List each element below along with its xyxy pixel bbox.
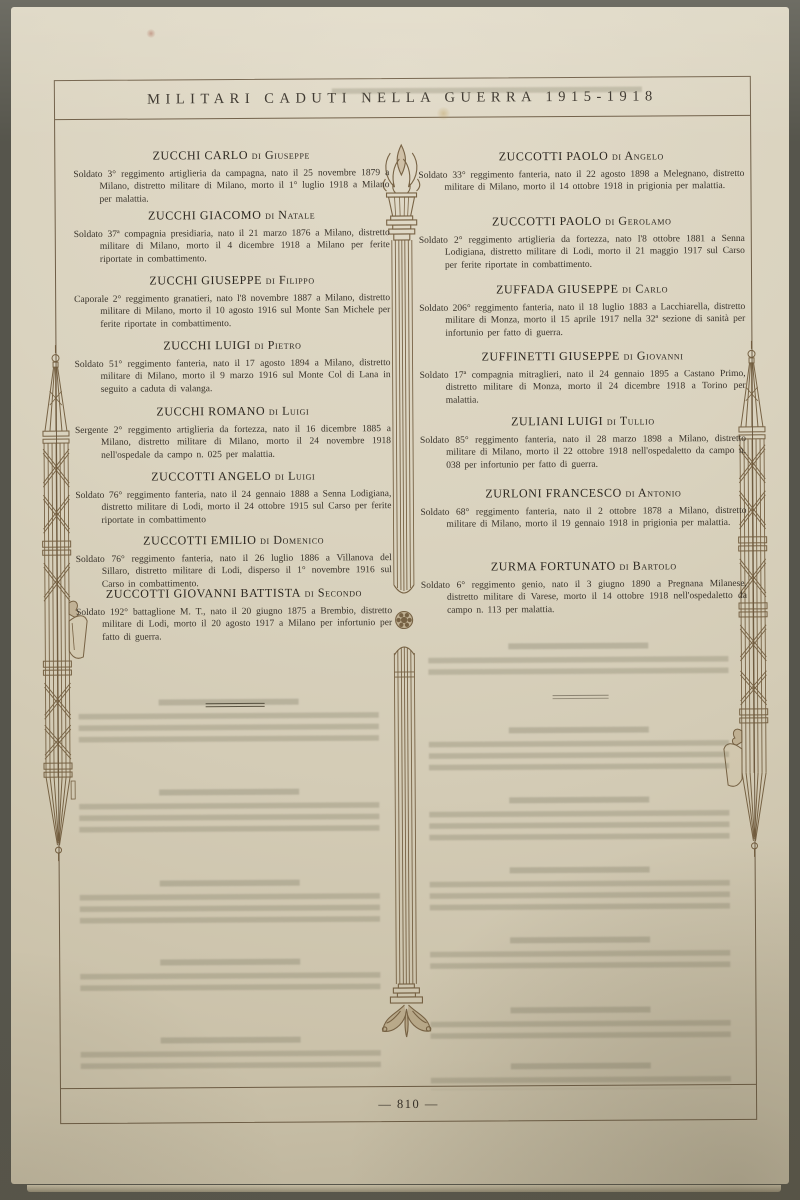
entry-heading: ZUCCHI GIUSEPPE di Filippo: [74, 272, 390, 289]
entry-heading: ZUCCOTTI ANGELO di Luigi: [75, 468, 391, 485]
entry-heading: ZUCCHI ROMANO di Luigi: [75, 403, 391, 420]
soldier-name: ZUCCOTTI PAOLO: [492, 214, 602, 229]
bleed-through-paragraph: [80, 972, 380, 997]
bleed-through-heading: [159, 789, 299, 796]
page-number: — 810 —: [378, 1096, 439, 1111]
casualty-entry: ZUCCOTTI GIOVANNI BATTISTA di SecondoSol…: [76, 585, 392, 644]
soldier-name: ZUCCHI LUIGI: [163, 338, 251, 353]
entry-text: Soldato 2° reggimento artiglieria da for…: [419, 233, 745, 272]
casualty-entry: ZULIANI LUIGI di TullioSoldato 85° reggi…: [420, 413, 746, 472]
page-content: MILITARI CADUTI NELLA GUERRA 1915-1918 —…: [0, 0, 800, 1200]
bleed-through-heading: [510, 1007, 650, 1014]
entry-heading: ZUCCOTTI EMILIO di Domenico: [76, 532, 392, 549]
bleed-through-paragraph: [430, 880, 730, 916]
entry-text: Soldato 76° reggimento fanteria, nato il…: [75, 488, 391, 527]
casualty-entry: ZUCCHI ROMANO di LuigiSergente 2° reggim…: [75, 403, 391, 462]
casualty-entry: ZUCCOTTI EMILIO di DomenicoSoldato 76° r…: [76, 532, 392, 591]
bleed-through-heading: [160, 880, 300, 887]
bleed-through-paragraph: [431, 1076, 731, 1090]
casualty-entry: ZUCCOTTI PAOLO di GerolamoSoldato 2° reg…: [419, 213, 745, 272]
soldier-name: ZUCCHI GIACOMO: [148, 208, 261, 223]
section-divider-rule: [553, 695, 609, 699]
entry-heading: ZURLONI FRANCESCO di Antonio: [420, 485, 746, 502]
entry-heading: ZUCCOTTI PAOLO di Angelo: [418, 148, 744, 165]
bleed-through-heading: [159, 699, 299, 706]
patronymic: di Giuseppe: [248, 148, 310, 162]
entry-text: Soldato 68° reggimento fanteria, nato il…: [420, 505, 746, 532]
bleed-through-layer: [0, 0, 796, 2]
patronymic: di Domenico: [256, 532, 324, 546]
entry-text: Soldato 51° reggimento fanteria, nato il…: [75, 357, 391, 396]
casualty-entry: ZUCCOTTI PAOLO di AngeloSoldato 33° regg…: [418, 148, 744, 195]
bleed-through-paragraph: [79, 712, 379, 748]
entry-text: Caporale 2° reggimento granatieri, nato …: [74, 292, 390, 331]
stain: [436, 107, 451, 120]
entry-heading: ZUCCOTTI PAOLO di Gerolamo: [419, 213, 745, 230]
entry-heading: ZUCCHI GIACOMO di Natale: [74, 207, 390, 224]
patronymic: di Bartolo: [616, 558, 677, 572]
bleed-through-paragraph: [429, 810, 729, 846]
soldier-name: ZUCCHI ROMANO: [156, 404, 265, 419]
entry-heading: ZULIANI LUIGI di Tullio: [420, 413, 746, 430]
entry-heading: ZURMA FORTUNATO di Bartolo: [421, 558, 747, 575]
entry-heading: ZUFFADA GIUSEPPE di Carlo: [419, 281, 745, 298]
bleed-through-heading: [160, 959, 300, 966]
casualty-entry: ZUFFINETTI GIUSEPPE di GiovanniSoldato 1…: [419, 348, 745, 407]
soldier-name: ZUCCOTTI GIOVANNI BATTISTA: [106, 586, 301, 601]
entry-text: Soldato 33° reggimento fanteria, nato il…: [418, 168, 744, 195]
bleed-through-paragraph: [81, 1050, 381, 1075]
entry-text: Soldato 17ª compagnia mitraglieri, nato …: [420, 368, 746, 407]
stain: [146, 29, 156, 38]
entry-heading: ZUCCOTTI GIOVANNI BATTISTA di Secondo: [76, 585, 392, 602]
entry-heading: ZUFFINETTI GIUSEPPE di Giovanni: [419, 348, 745, 365]
bleed-through-paragraph: [79, 802, 379, 838]
entry-text: Soldato 85° reggimento fanteria, nato il…: [420, 433, 746, 472]
entry-text: Soldato 6° reggimento genio, nato il 3 g…: [421, 578, 747, 617]
casualty-entry: ZUFFADA GIUSEPPE di CarloSoldato 206° re…: [419, 281, 745, 340]
soldier-name: ZURMA FORTUNATO: [491, 559, 616, 574]
patronymic: di Tullio: [603, 413, 655, 427]
bleed-through-paragraph: [429, 740, 729, 776]
bleed-through-paragraph: [430, 950, 730, 975]
soldier-name: ZUCCOTTI ANGELO: [151, 469, 271, 484]
entry-text: Sergente 2° reggimento artiglieria da fo…: [75, 423, 391, 462]
entry-text: Soldato 3° reggimento artiglieria da cam…: [73, 167, 389, 206]
casualty-entry: ZUCCOTTI ANGELO di LuigiSoldato 76° regg…: [75, 468, 391, 527]
entry-text: Soldato 206° reggimento fanteria, nato i…: [419, 301, 745, 340]
bleed-through-paragraph: [428, 656, 728, 681]
entry-heading: ZUCCHI CARLO di Giuseppe: [73, 147, 389, 164]
soldier-name: ZURLONI FRANCESCO: [485, 486, 622, 501]
soldier-name: ZUCCHI GIUSEPPE: [149, 273, 262, 288]
soldier-name: ZUCCOTTI PAOLO: [499, 149, 609, 164]
bleed-through-paragraph: [80, 893, 380, 929]
bleed-through-heading: [509, 797, 649, 804]
patronymic: di Antonio: [622, 485, 682, 499]
patronymic: di Secondo: [301, 585, 362, 599]
patronymic: di Luigi: [265, 404, 309, 418]
soldier-name: ZUCCHI CARLO: [153, 148, 249, 163]
patronymic: di Pietro: [251, 338, 302, 352]
soldier-name: ZULIANI LUIGI: [511, 414, 603, 429]
entry-text: Soldato 192° battaglione M. T., nato il …: [76, 605, 392, 644]
patronymic: di Natale: [261, 208, 315, 222]
scanned-book-page: MILITARI CADUTI NELLA GUERRA 1915-1918 —…: [0, 0, 800, 1200]
casualty-entry: ZUCCHI GIACOMO di NataleSoldato 37ª comp…: [74, 207, 390, 266]
bleed-through-heading: [510, 867, 650, 874]
casualty-entry: ZURLONI FRANCESCO di AntonioSoldato 68° …: [420, 485, 746, 532]
soldier-name: ZUFFADA GIUSEPPE: [496, 282, 618, 297]
rosette-icon: [396, 611, 413, 628]
patronymic: di Angelo: [608, 148, 664, 162]
bleed-through-heading: [508, 643, 648, 650]
casualty-entry: ZUCCHI CARLO di GiuseppeSoldato 3° reggi…: [73, 147, 389, 206]
bleed-through-heading: [509, 727, 649, 734]
patronymic: di Giovanni: [620, 348, 684, 362]
running-head-band: MILITARI CADUTI NELLA GUERRA 1915-1918: [55, 77, 750, 120]
soldier-name: ZUCCOTTI EMILIO: [143, 533, 256, 548]
page-number-band: — 810 —: [61, 1084, 756, 1123]
patronymic: di Gerolamo: [602, 213, 672, 227]
bleed-through-heading: [161, 1037, 301, 1044]
bleed-through-heading: [510, 937, 650, 944]
entry-heading: ZUCCHI LUIGI di Pietro: [74, 337, 390, 354]
patronymic: di Luigi: [271, 469, 315, 483]
casualty-columns: ZUCCHI CARLO di GiuseppeSoldato 3° reggi…: [0, 0, 796, 2]
bleed-through-heading: [511, 1063, 651, 1070]
soldier-name: ZUFFINETTI GIUSEPPE: [482, 349, 620, 364]
casualty-entry: ZURMA FORTUNATO di BartoloSoldato 6° reg…: [421, 558, 747, 617]
casualty-entry: ZUCCHI GIUSEPPE di FilippoCaporale 2° re…: [74, 272, 390, 331]
entry-text: Soldato 37ª compagnia presidiaria, nato …: [74, 227, 390, 266]
bleed-through-paragraph: [431, 1020, 731, 1045]
patronymic: di Carlo: [618, 281, 668, 295]
casualty-entry: ZUCCHI LUIGI di PietroSoldato 51° reggim…: [74, 337, 390, 396]
patronymic: di Filippo: [262, 273, 315, 287]
